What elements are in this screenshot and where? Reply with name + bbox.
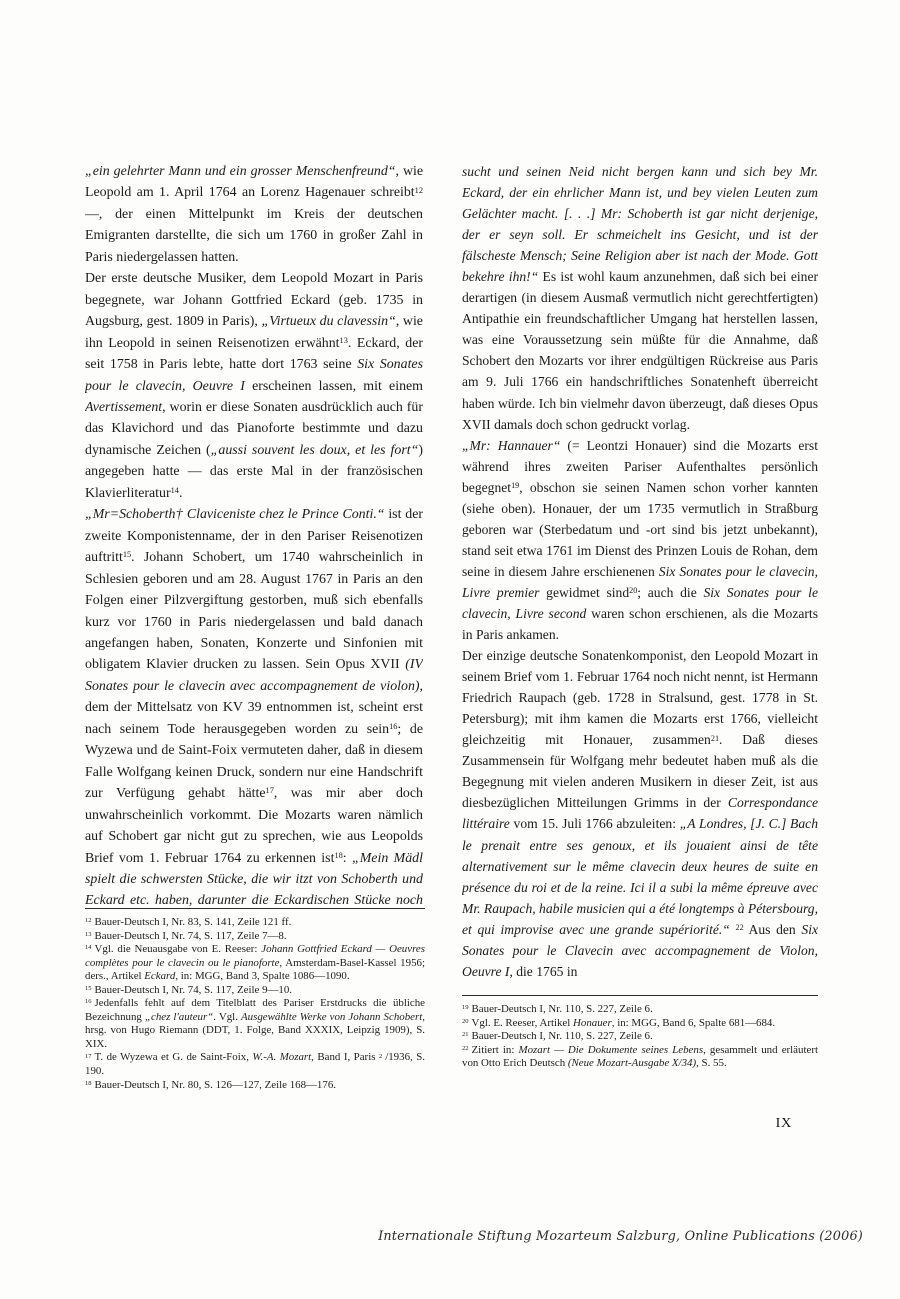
- paragraph: „Mr=Schoberth† Claviceniste chez le Prin…: [85, 504, 423, 909]
- text-segment: erscheinen lassen, mit einem: [245, 379, 423, 394]
- text-segment: „chez l'auteur“: [145, 1011, 213, 1023]
- footnote-ref: 20: [629, 586, 637, 595]
- text-segment: „Mr: Hannauer“: [462, 438, 560, 453]
- text-segment: Avertissement: [85, 400, 162, 415]
- footnote-14: 14Vgl. die Neuausgabe von E. Reeser: Joh…: [85, 943, 425, 984]
- footnote-ref: 16: [389, 722, 397, 731]
- paragraph: Der erste deutsche Musiker, dem Leopold …: [85, 268, 423, 504]
- text-segment: ; auch die: [637, 585, 703, 600]
- footnote-ref: 12: [415, 186, 423, 195]
- text-segment: , S. 55.: [696, 1057, 727, 1069]
- text-segment: Mozart — Die Dokumente seines Lebens: [519, 1044, 704, 1056]
- footnote-ref: 17: [266, 786, 274, 795]
- text-segment: , die 1765 in: [509, 964, 577, 979]
- text-segment: „Mr=Schoberth† Claviceniste chez le Prin…: [85, 507, 385, 522]
- text-segment: . Vgl.: [213, 1011, 241, 1023]
- footnote-separator-left: [85, 908, 425, 909]
- text-segment: vom 15. Juli 1766 abzuleiten:: [510, 816, 680, 831]
- footnote-ref: 22: [736, 923, 744, 932]
- text-segment: „A Londres, [J. C.] Bach le prenait entr…: [462, 816, 818, 936]
- footnote-number: 19: [462, 1004, 469, 1011]
- footnote-number: 15: [85, 985, 92, 992]
- footnote-number: 21: [462, 1031, 469, 1038]
- text-segment: , Band I, Paris: [311, 1051, 379, 1063]
- text-segment: Bauer-Deutsch I, Nr. 80, S. 126—127, Zei…: [95, 1079, 336, 1091]
- footnote-ref: 21: [711, 734, 719, 743]
- footnote-12: 12Bauer-Deutsch I, Nr. 83, S. 141, Zeile…: [85, 916, 425, 930]
- text-segment: . Johann Schobert, um 1740 wahrscheinlic…: [85, 550, 423, 672]
- text-segment: Bauer-Deutsch I, Nr. 110, S. 227, Zeile …: [472, 1030, 653, 1042]
- footnote-number: 14: [85, 944, 92, 951]
- text-segment: Bauer-Deutsch I, Nr. 74, S. 117, Zeile 7…: [95, 930, 287, 942]
- footer-credit: Internationale Stiftung Mozarteum Salzbu…: [378, 1229, 863, 1244]
- text-segment: „Virtueux du clavessin“: [261, 314, 395, 329]
- footnote-number: 17: [85, 1053, 92, 1060]
- text-segment: , in: MGG, Band 6, Spalte 681—684.: [612, 1017, 775, 1029]
- text-segment: gewidmet sind: [539, 585, 629, 600]
- footnote-number: 20: [462, 1018, 469, 1025]
- footnote-list-left: 12Bauer-Deutsch I, Nr. 83, S. 141, Zeile…: [85, 916, 425, 1092]
- footnote-19: 19Bauer-Deutsch I, Nr. 110, S. 227, Zeil…: [462, 1003, 818, 1017]
- text-segment: Bauer-Deutsch I, Nr. 110, S. 227, Zeile …: [472, 1003, 653, 1015]
- text-segment: W.-A. Mozart: [252, 1051, 311, 1063]
- footnote-ref: 19: [511, 481, 519, 490]
- footnote-block-right: 19Bauer-Deutsch I, Nr. 110, S. 227, Zeil…: [462, 995, 818, 1071]
- footnote-21: 21Bauer-Deutsch I, Nr. 110, S. 227, Zeil…: [462, 1030, 818, 1044]
- text-segment: Es ist wohl kaum anzunehmen, daß sich be…: [462, 269, 818, 431]
- paragraph: sucht und seinen Neid nicht bergen kann …: [462, 161, 818, 435]
- paragraph: „Mr: Hannauer“ (= Leontzi Honauer) sind …: [462, 435, 818, 645]
- footnote-20: 20Vgl. E. Reeser, Artikel Honauer, in: M…: [462, 1017, 818, 1031]
- text-segment: :: [343, 851, 352, 866]
- footnote-list-right: 19Bauer-Deutsch I, Nr. 110, S. 227, Zeil…: [462, 1003, 818, 1071]
- footnote-number: 12: [85, 917, 92, 924]
- text-segment: Honauer: [573, 1017, 612, 1029]
- text-segment: Bauer-Deutsch I, Nr. 83, S. 141, Zeile 1…: [95, 916, 292, 928]
- text-segment: [730, 922, 736, 937]
- text-segment: sucht und seinen Neid nicht bergen kann …: [462, 164, 818, 284]
- text-segment: „aussi souvent les doux, et les fort“: [211, 443, 419, 458]
- footnote-ref: 13: [340, 336, 348, 345]
- text-segment: , in: MGG, Band 3, Spalte 1086—1090.: [175, 970, 349, 982]
- text-segment: Vgl. E. Reeser, Artikel: [472, 1017, 574, 1029]
- footnote-number: 22: [462, 1045, 469, 1052]
- footnote-number: 16: [85, 998, 92, 1005]
- scanned-book-page: „ein gelehrter Mann und ein grosser Mens…: [0, 0, 900, 1299]
- text-segment: Aus den: [744, 922, 802, 937]
- text-segment: —, der einen Mittelpunkt im Kreis der de…: [85, 207, 423, 265]
- main-text-column-right: sucht und seinen Neid nicht bergen kann …: [462, 161, 818, 997]
- main-text-column-left: „ein gelehrter Mann und ein grosser Mens…: [85, 161, 423, 909]
- footnote-ref: 2: [379, 1053, 382, 1060]
- footnote-ref: 18: [334, 851, 342, 860]
- footnote-block-left: 12Bauer-Deutsch I, Nr. 83, S. 141, Zeile…: [85, 908, 425, 1092]
- footnote-ref: 15: [123, 550, 131, 559]
- footnote-13: 13Bauer-Deutsch I, Nr. 74, S. 117, Zeile…: [85, 930, 425, 944]
- footnote-number: 18: [85, 1080, 92, 1087]
- footnote-18: 18Bauer-Deutsch I, Nr. 80, S. 126—127, Z…: [85, 1079, 425, 1093]
- text-segment: T. de Wyzewa et G. de Saint-Foix,: [95, 1051, 253, 1063]
- footnote-number: 13: [85, 931, 92, 938]
- text-segment: Eckard: [144, 970, 175, 982]
- footnote-17: 17T. de Wyzewa et G. de Saint-Foix, W.-A…: [85, 1051, 425, 1078]
- text-segment: .: [179, 486, 182, 501]
- footnote-separator-right: [462, 995, 818, 996]
- footnote-15: 15Bauer-Deutsch I, Nr. 74, S. 117, Zeile…: [85, 984, 425, 998]
- text-segment: Vgl. die Neuausgabe von E. Reeser:: [95, 943, 262, 955]
- text-segment: (Neue Mozart-Ausgabe X/34): [568, 1057, 696, 1069]
- footnote-22: 22Zitiert in: Mozart — Die Dokumente sei…: [462, 1044, 818, 1071]
- paragraph: „ein gelehrter Mann und ein grosser Mens…: [85, 161, 423, 268]
- paragraph: Der einzige deutsche Sonatenkomponist, d…: [462, 645, 818, 982]
- footnote-ref: 14: [171, 486, 179, 495]
- text-segment: Ausgewählte Werke von Johann Schobert: [241, 1011, 422, 1023]
- text-segment: „ein gelehrter Mann und ein grosser Mens…: [85, 164, 396, 179]
- text-segment: Bauer-Deutsch I, Nr. 74, S. 117, Zeile 9…: [95, 984, 293, 996]
- page-number: IX: [462, 1116, 792, 1132]
- footnote-16: 16Jedenfalls fehlt auf dem Titelblatt de…: [85, 997, 425, 1051]
- text-segment: Zitiert in:: [472, 1044, 519, 1056]
